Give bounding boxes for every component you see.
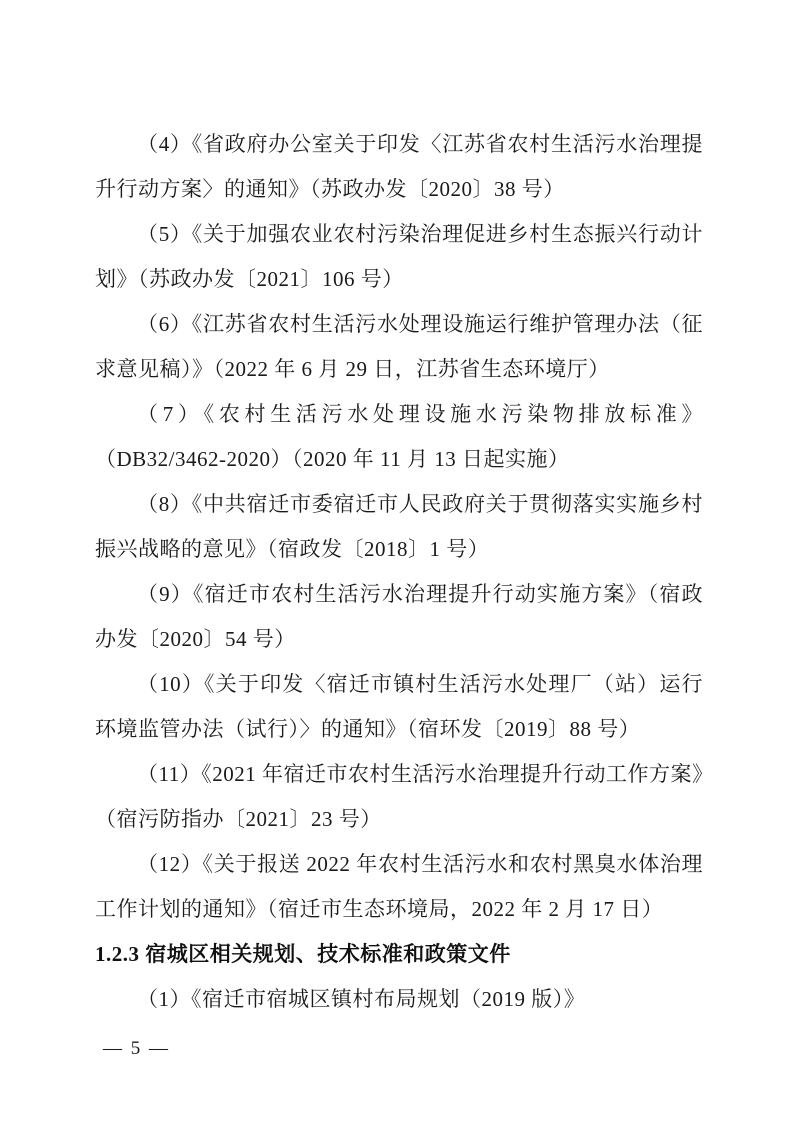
list-item: （6）《江苏省农村生活污水处理设施运行维护管理办法（征求意见稿）》（2022 年…: [95, 302, 703, 392]
list-item: （1）《宿迁市宿城区镇村布局规划（2019 版）》: [95, 977, 703, 1022]
list-item: （4）《省政府办公室关于印发〈江苏省农村生活污水治理提升行动方案〉的通知》（苏政…: [95, 122, 703, 212]
list-item: （11）《2021 年宿迁市农村生活污水治理提升行动工作方案》（宿污防指办〔20…: [95, 752, 703, 842]
list-item: （12）《关于报送 2022 年农村生活污水和农村黑臭水体治理工作计划的通知》（…: [95, 842, 703, 932]
document-page: （4）《省政府办公室关于印发〈江苏省农村生活污水治理提升行动方案〉的通知》（苏政…: [0, 0, 793, 1122]
list-item: （10）《关于印发〈宿迁市镇村生活污水处理厂（站）运行环境监管办法（试行）〉的通…: [95, 662, 703, 752]
page-number: — 5 —: [103, 1036, 170, 1062]
list-item: （9）《宿迁市农村生活污水治理提升行动实施方案》（宿政办发〔2020〕54 号）: [95, 572, 703, 662]
list-item: （8）《中共宿迁市委宿迁市人民政府关于贯彻落实实施乡村振兴战略的意见》（宿政发〔…: [95, 482, 703, 572]
list-item: （5）《关于加强农业农村污染治理促进乡村生态振兴行动计划》（苏政办发〔2021〕…: [95, 212, 703, 302]
list-item: （7）《农村生活污水处理设施水污染物排放标准》（DB32/3462-2020）（…: [95, 392, 703, 482]
section-heading: 1.2.3 宿城区相关规划、技术标准和政策文件: [95, 932, 703, 977]
document-body: （4）《省政府办公室关于印发〈江苏省农村生活污水治理提升行动方案〉的通知》（苏政…: [95, 122, 703, 1022]
